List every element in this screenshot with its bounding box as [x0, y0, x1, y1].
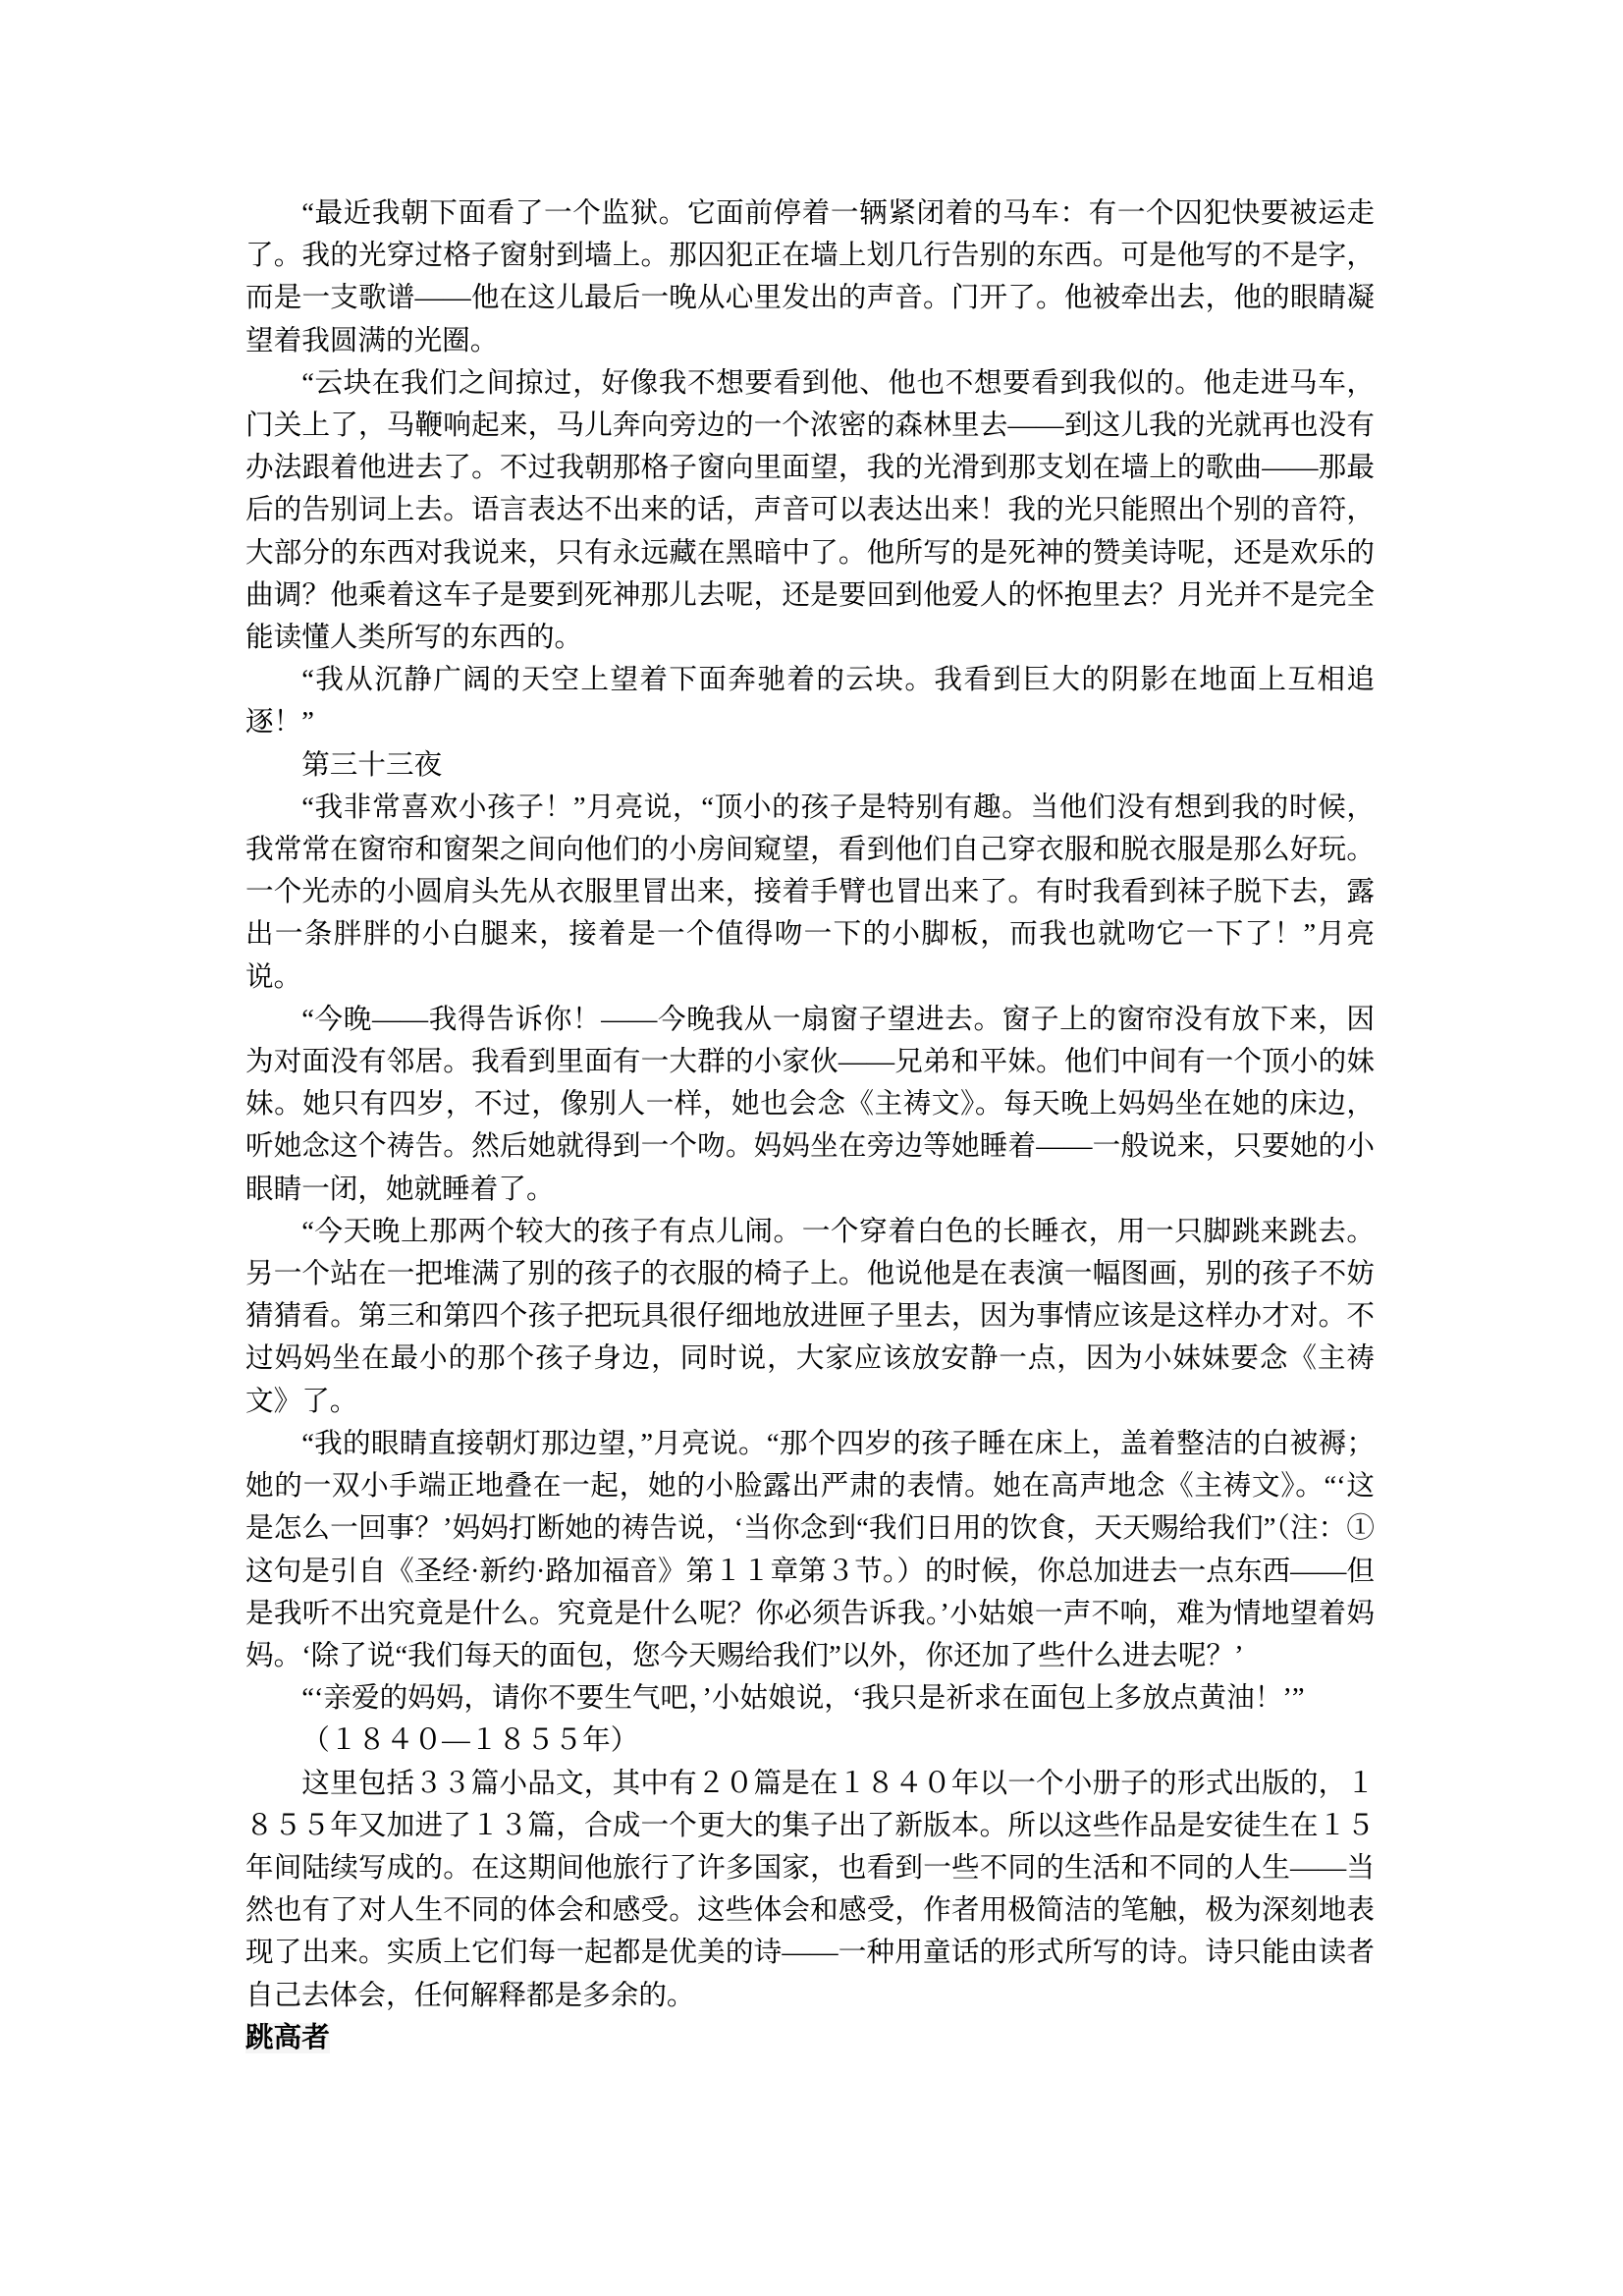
story-paragraph: “今天晚上那两个较大的孩子有点儿闹。一个穿着白色的长睡衣，用一只脚跳来跳去。另一…	[245, 1211, 1375, 1423]
story-paragraph: “我从沉静广阔的天空上望着下面奔驰着的云块。我看到巨大的阴影在地面上互相追逐！”	[245, 659, 1375, 743]
section-heading-night-33: 第三十三夜	[245, 744, 1375, 787]
story-paragraph: “我非常喜欢小孩子！”月亮说，“顶小的孩子是特别有趣。当他们没有想到我的时候，我…	[245, 787, 1375, 999]
story-text-block: “最近我朝下面看了一个监狱。它面前停着一辆紧闭着的马车：有一个囚犯快要被运走了。…	[245, 192, 1375, 2059]
document-page: “最近我朝下面看了一个监狱。它面前停着一辆紧闭着的马车：有一个囚犯快要被运走了。…	[0, 0, 1623, 2296]
story-paragraph: “我的眼睛直接朝灯那边望，”月亮说。“那个四岁的孩子睡在床上，盖着整洁的白被褥；…	[245, 1423, 1375, 1677]
date-range-line: （１８４０—１８５５年）	[245, 1720, 1375, 1762]
story-paragraph: “最近我朝下面看了一个监狱。它面前停着一辆紧闭着的马车：有一个囚犯快要被运走了。…	[245, 192, 1375, 362]
next-story-title-text: 跳高者	[245, 2023, 330, 2053]
next-story-title: 跳高者	[245, 2017, 1375, 2059]
editorial-note-paragraph: 这里包括３３篇小品文，其中有２０篇是在１８４０年以一个小册子的形式出版的，１８５…	[245, 1763, 1375, 2017]
story-paragraph: “云块在我们之间掠过，好像我不想要看到他、他也不想要看到我似的。他走进马车，门关…	[245, 362, 1375, 659]
story-paragraph: “‘亲爱的妈妈，请你不要生气吧，’小姑娘说，‘我只是祈求在面包上多放点黄油！’”	[245, 1677, 1375, 1720]
story-paragraph: “今晚——我得告诉你！——今晚我从一扇窗子望进去。窗子上的窗帘没有放下来，因为对…	[245, 999, 1375, 1211]
